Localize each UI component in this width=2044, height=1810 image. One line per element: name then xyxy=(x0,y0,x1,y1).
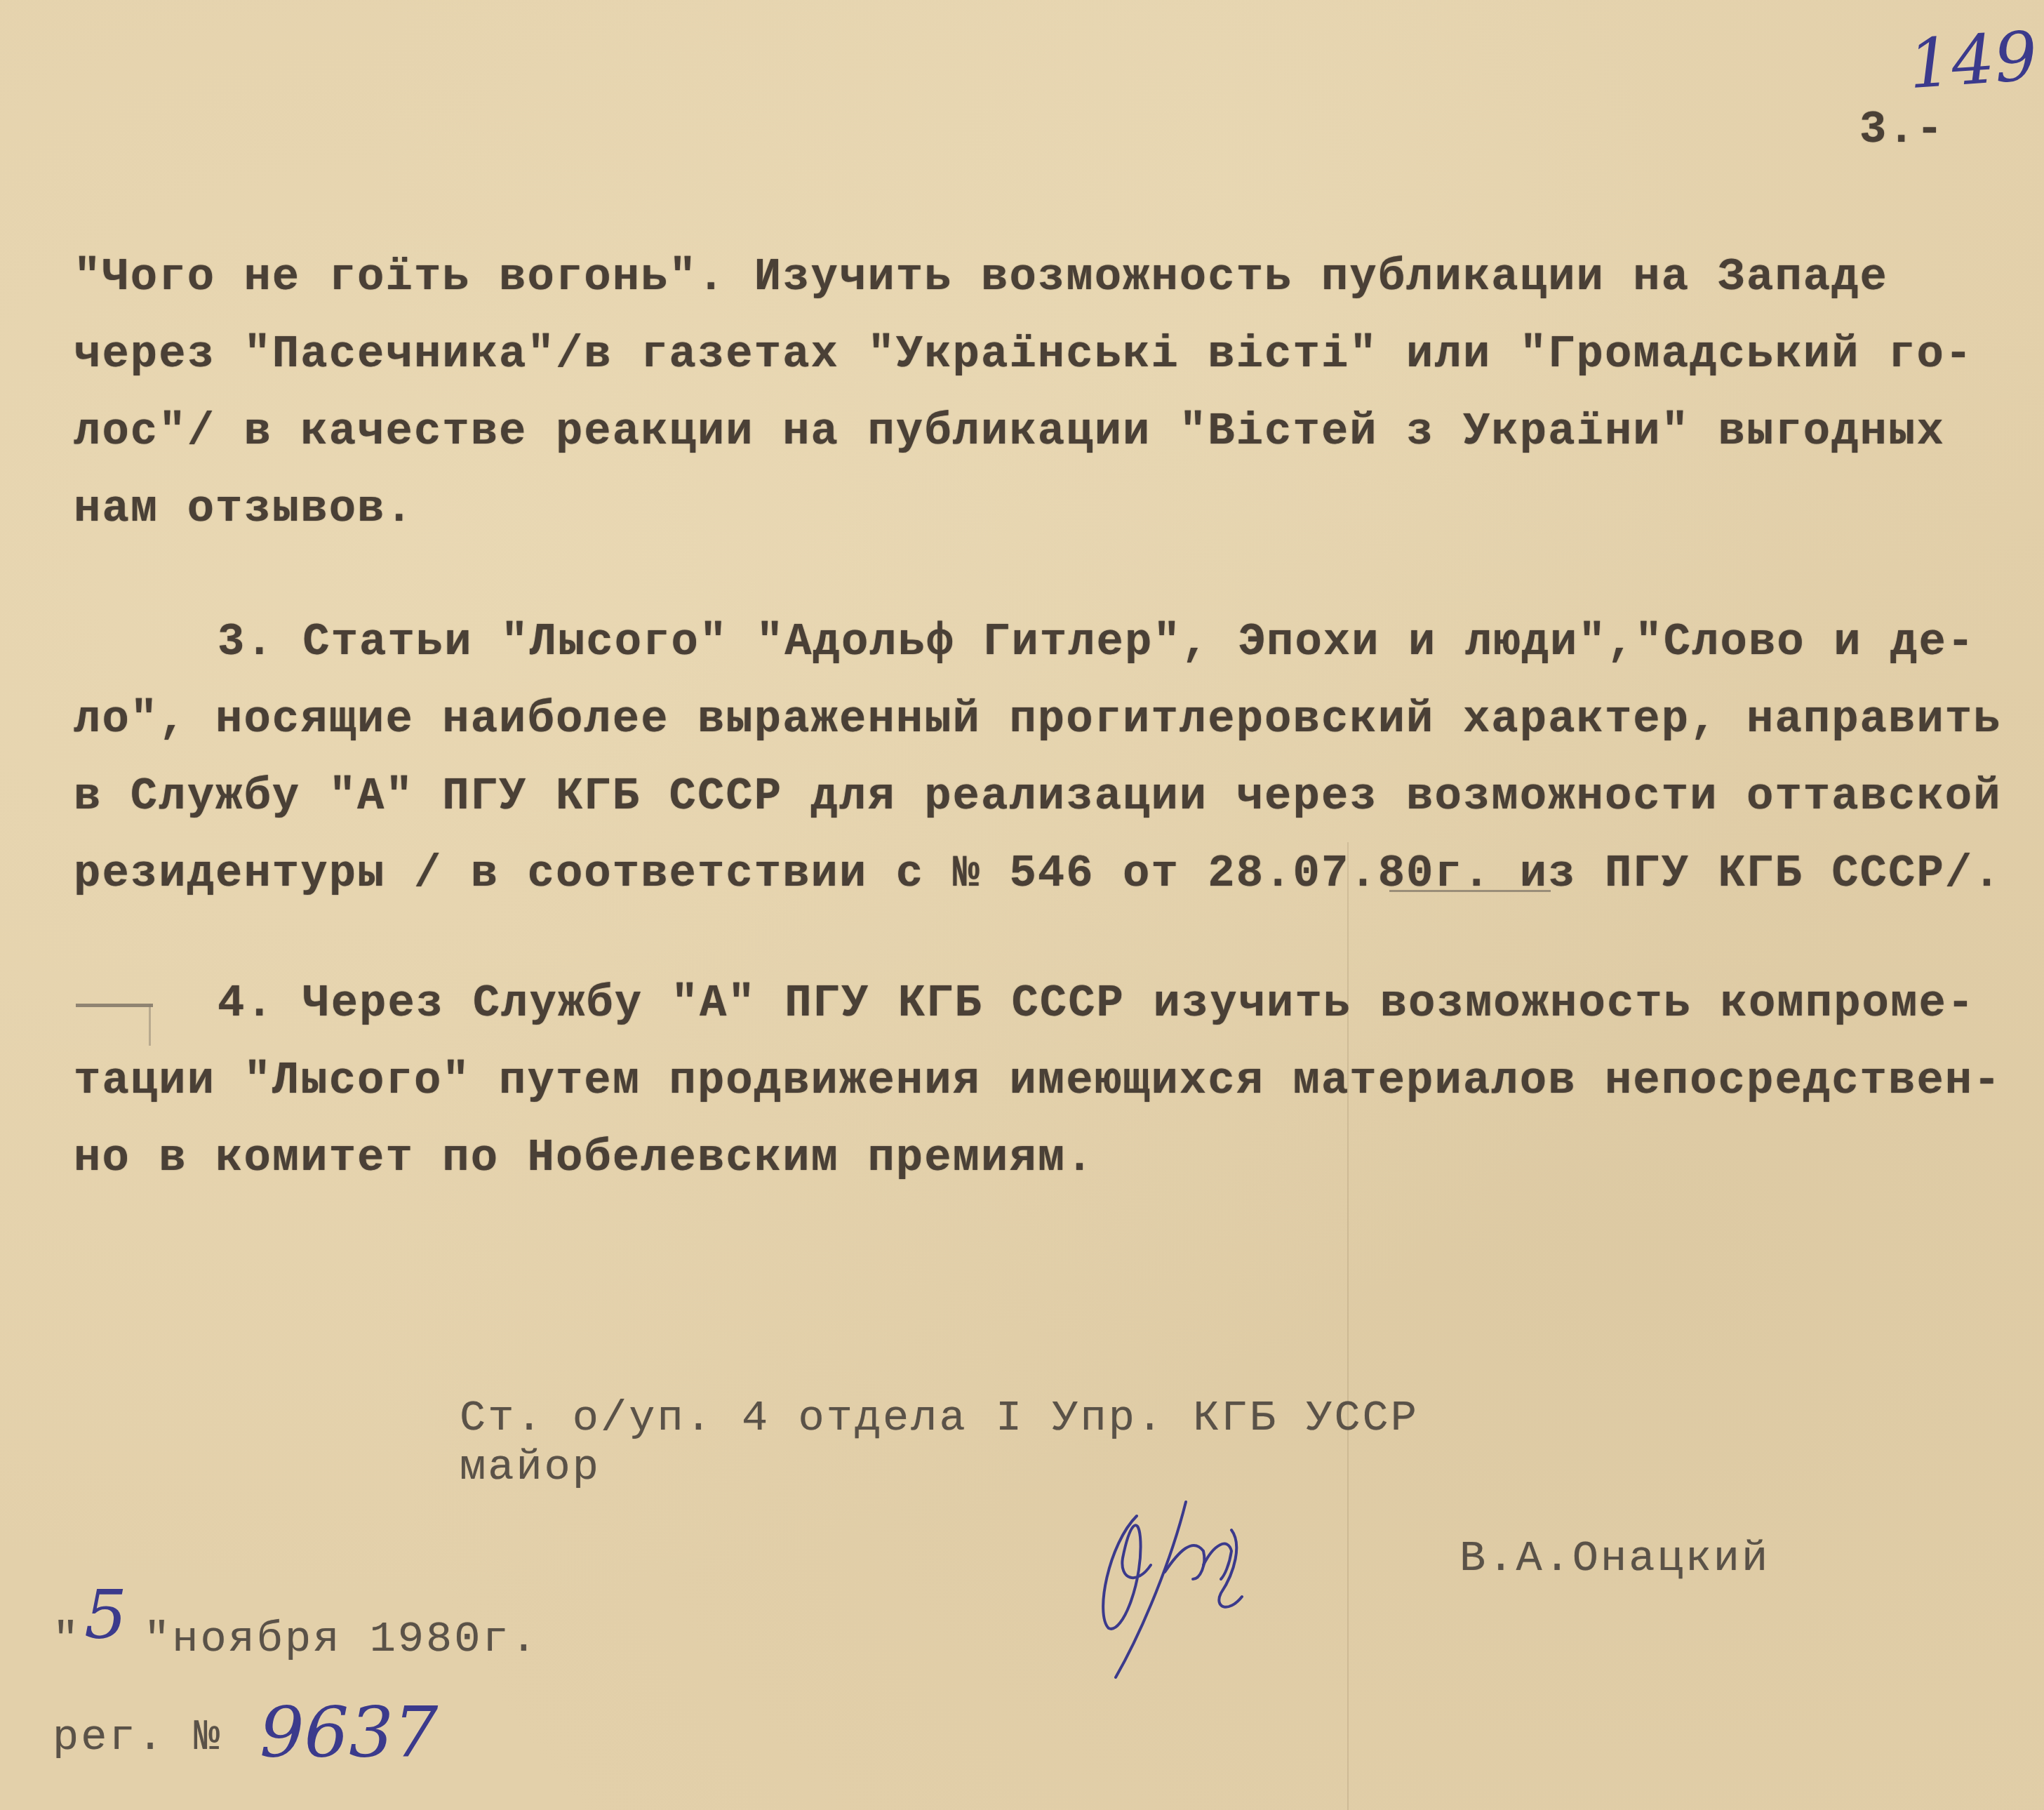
date-text: "ноября 1980г. xyxy=(144,1614,539,1664)
text-line: лос"/ в качестве реакции на публикации "… xyxy=(74,407,1945,458)
text-line: через "Пасечника"/в газетах "Українські … xyxy=(74,330,1973,380)
margin-dash-mark xyxy=(76,1004,153,1007)
item-3-line: резидентуры / в соответствии с № 546 от … xyxy=(74,849,2002,900)
item-4-line: тации "Лысого" путем продвижения имеющих… xyxy=(74,1056,2002,1107)
item-3-line: 3. Статьи "Лысого" "Адольф Гитлер", Эпох… xyxy=(218,618,1975,668)
signatory-rank: майор xyxy=(460,1442,601,1492)
item-3-line: в Службу "А" ПГУ КГБ СССР для реализации… xyxy=(74,772,2002,823)
page-number: 3.- xyxy=(1859,105,1944,156)
date-underline xyxy=(1389,890,1551,892)
text-line: "Чого не гоїть вогонь". Изучить возможно… xyxy=(74,253,1888,303)
archive-page-number: 149 xyxy=(1906,17,2040,105)
margin-tick-mark xyxy=(149,1004,151,1046)
registration-label: рег. № xyxy=(53,1712,222,1762)
document-page: 149 3.- "Чого не гоїть вогонь". Изучить … xyxy=(0,0,2044,1810)
handwritten-day: 5 xyxy=(84,1576,127,1654)
date-open-quote: " xyxy=(53,1614,81,1664)
text-line: нам отзывов. xyxy=(74,484,414,535)
handwritten-signature-icon xyxy=(1081,1474,1375,1684)
item-4-line: но в комитет по Нобелевским премиям. xyxy=(74,1133,1095,1184)
signatory-name: В.А.Онацкий xyxy=(1459,1533,1770,1583)
item-3-line: ло", носящие наиболее выраженный прогитл… xyxy=(74,695,2002,745)
registration-number: 9637 xyxy=(260,1691,439,1774)
item-4-line: 4. Через Службу "А" ПГУ КГБ СССР изучить… xyxy=(218,979,1975,1030)
signatory-position: Ст. о/уп. 4 отдела I Упр. КГБ УССР xyxy=(460,1393,1419,1443)
